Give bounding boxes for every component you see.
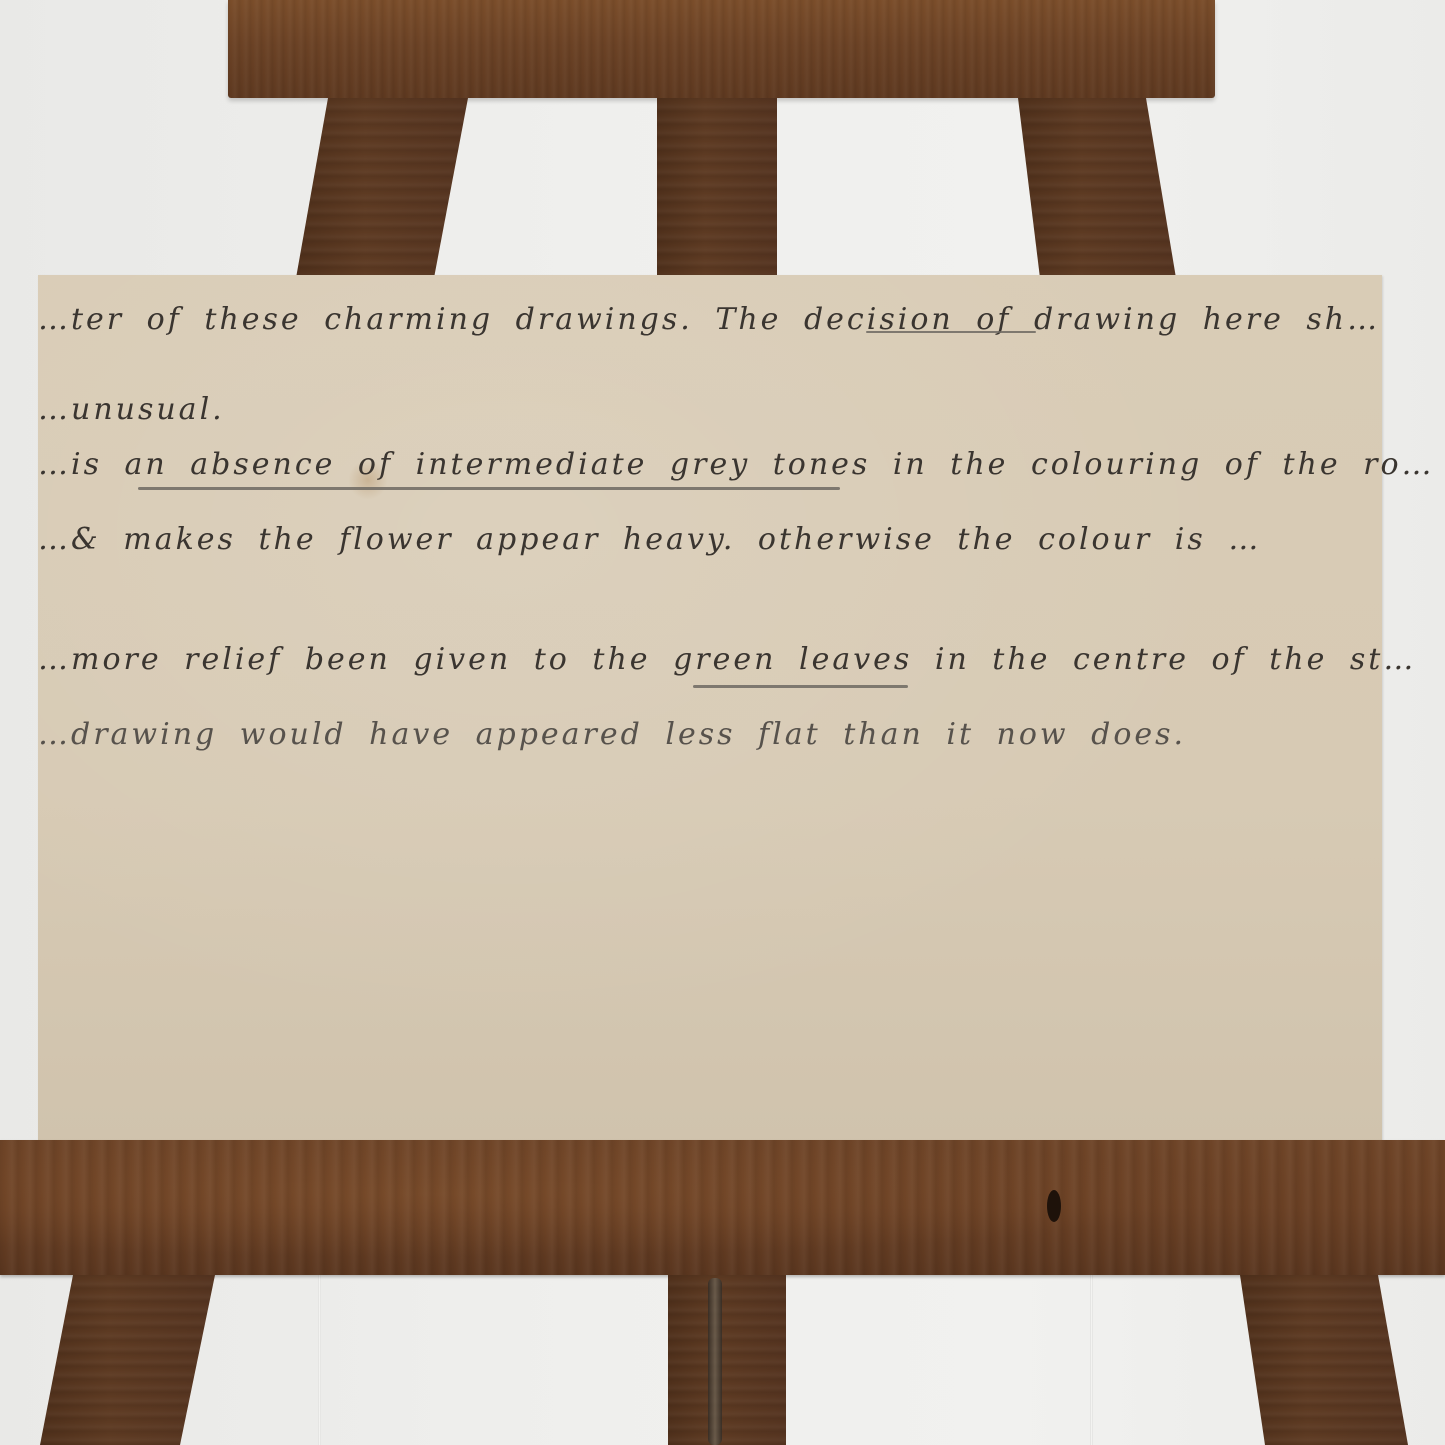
underline-decision: [866, 331, 1036, 333]
wall-panel-seam: [318, 1275, 321, 1445]
underline-green-leaves: [693, 685, 908, 688]
easel-bottom-ledge: [0, 1140, 1445, 1275]
card-line-2: …unusual.: [38, 395, 225, 425]
underline-grey-tones: [138, 487, 840, 490]
card-line-1: …ter of these charming drawings. The dec…: [38, 305, 1380, 335]
easel-upper-leg-right: [1018, 98, 1176, 278]
easel-upper-leg-center: [657, 98, 777, 278]
easel-lower-leg-left: [40, 1275, 215, 1445]
easel-lower-leg-center: [668, 1275, 786, 1445]
easel-metal-hinge: [708, 1278, 722, 1445]
wall-panel-seam: [1090, 1275, 1093, 1445]
easel-upper-leg-left: [296, 98, 468, 278]
card-line-6: …drawing would have appeared less flat t…: [38, 720, 1186, 750]
card-line-4: …& makes the flower appear heavy. otherw…: [38, 525, 1261, 555]
card-line-3: …is an absence of intermediate grey tone…: [38, 450, 1435, 480]
card-line-5: …more relief been given to the green lea…: [38, 645, 1416, 675]
easel-top-crossbar: [228, 0, 1215, 98]
ledge-peg-hole: [1047, 1190, 1061, 1222]
handwritten-card: …ter of these charming drawings. The dec…: [38, 275, 1382, 1142]
easel-lower-leg-right: [1240, 1275, 1408, 1445]
